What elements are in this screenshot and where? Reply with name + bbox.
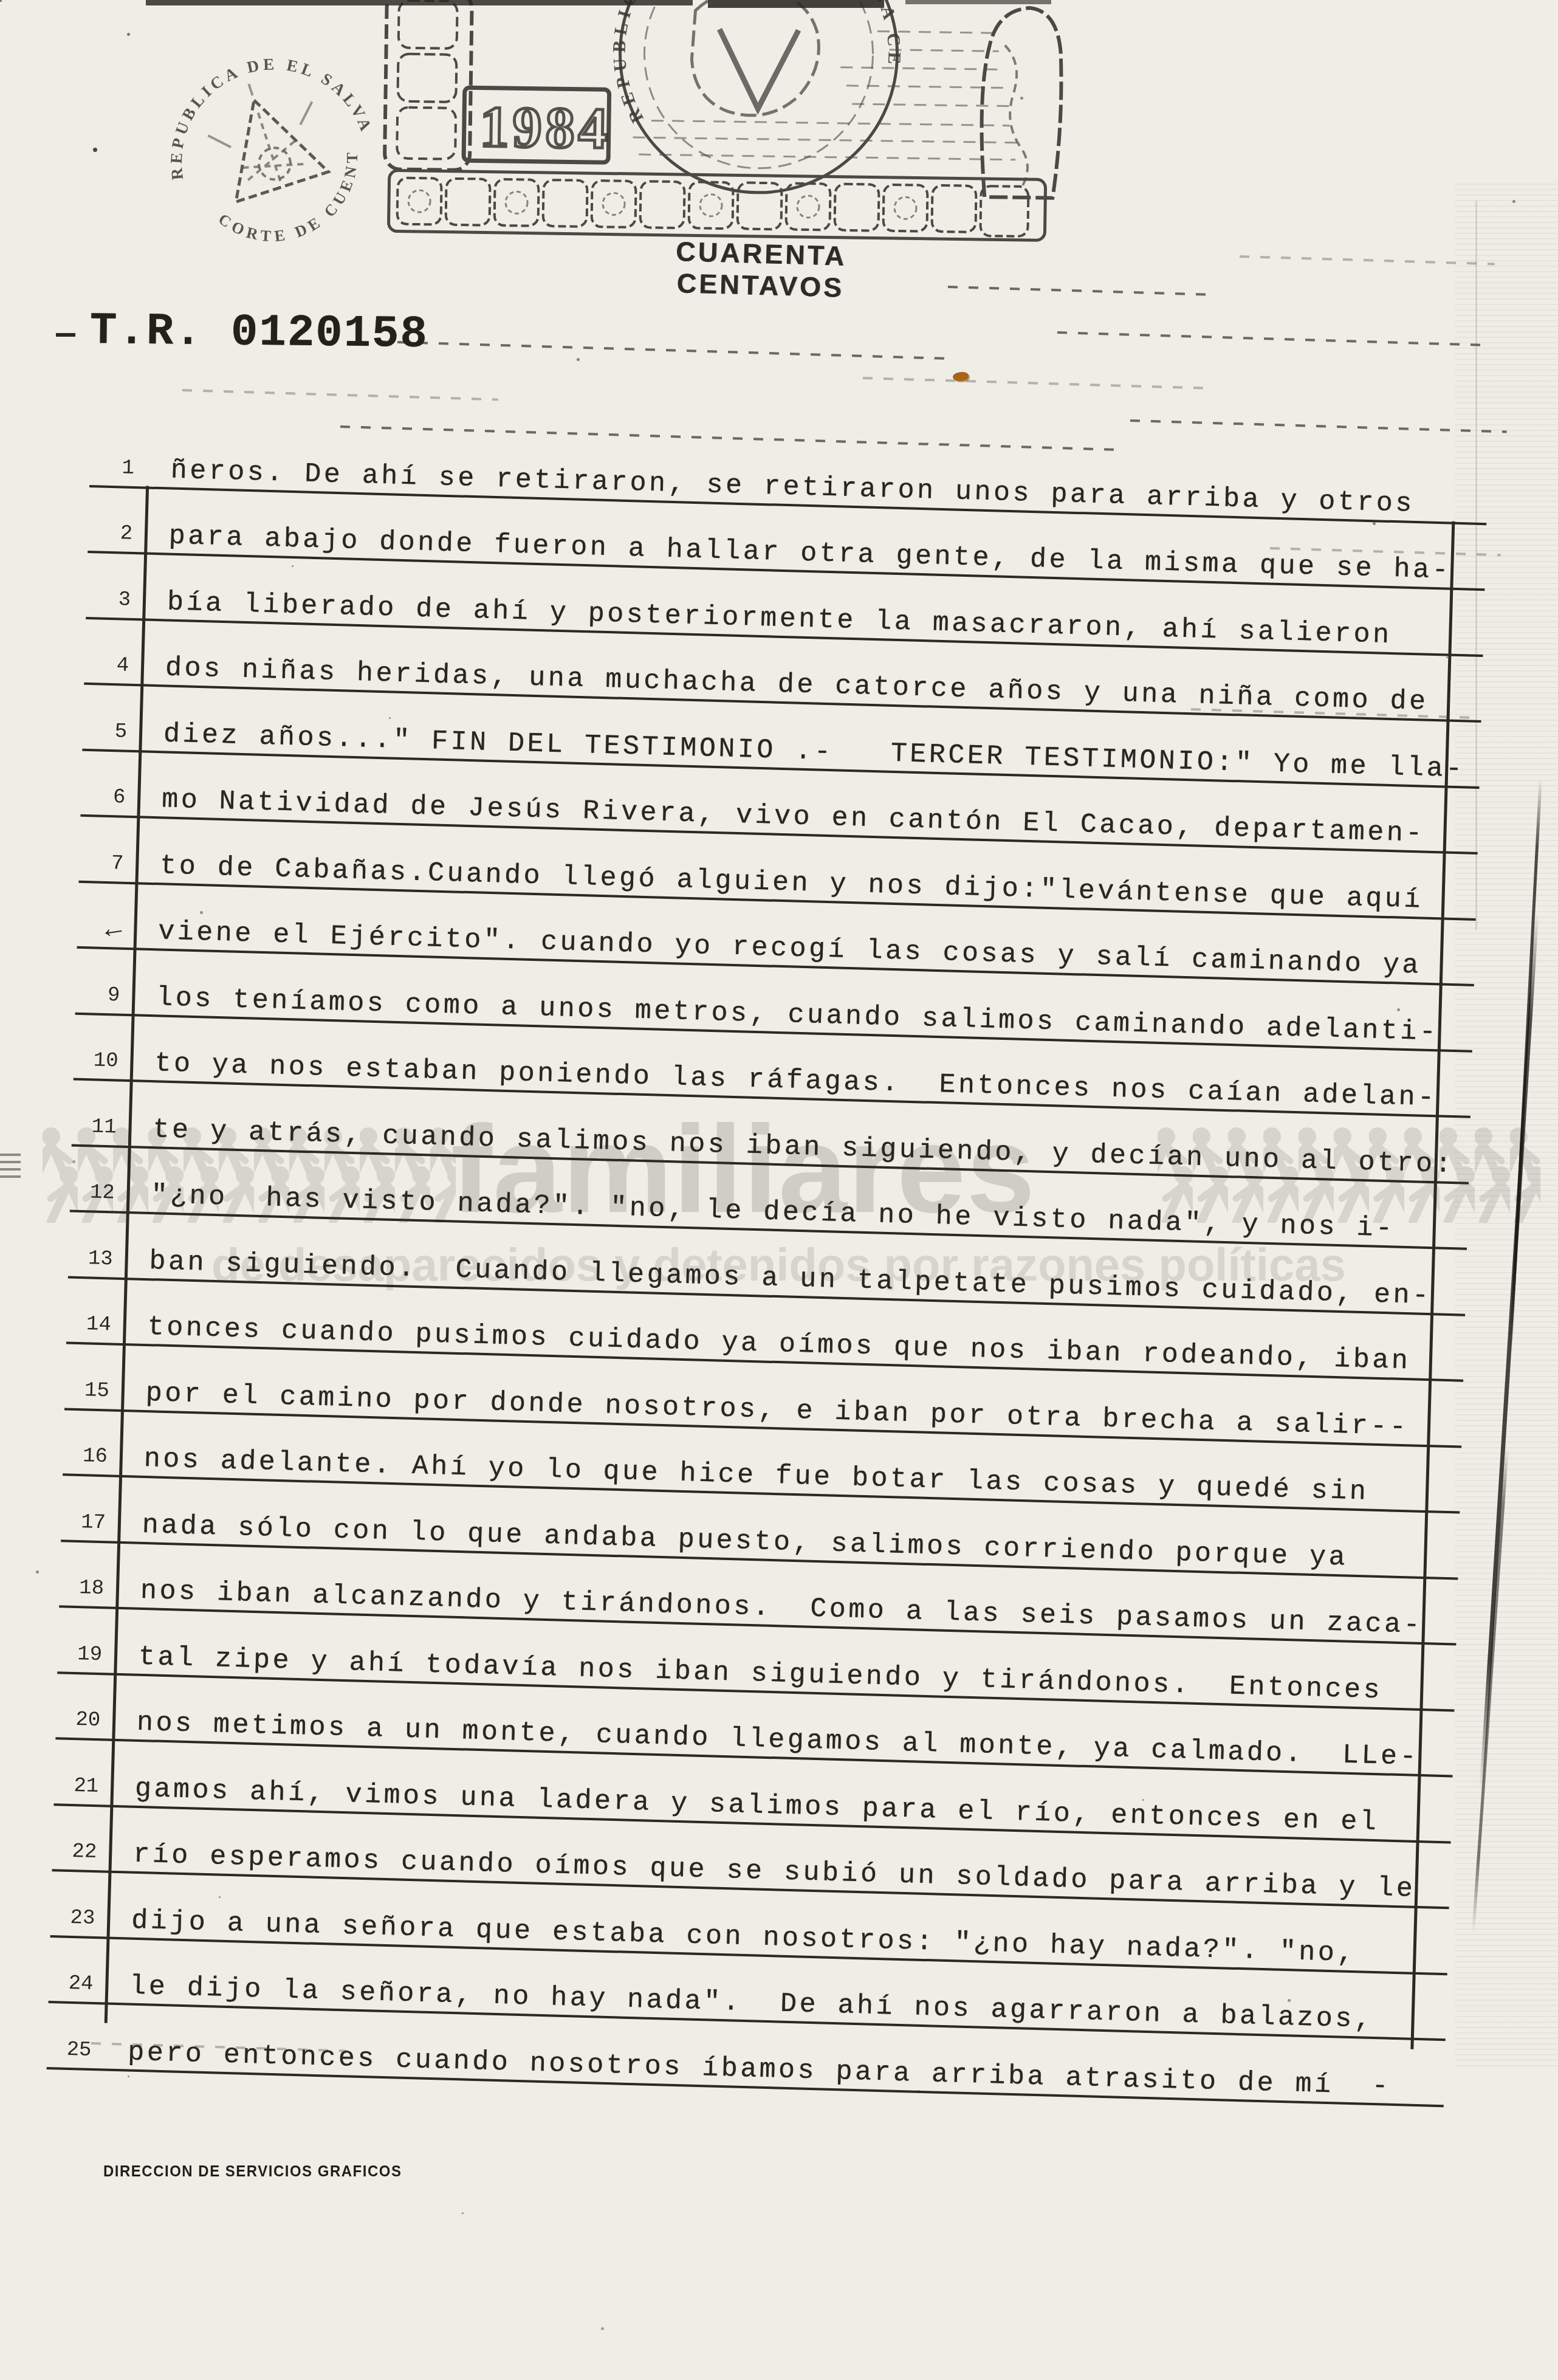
seal-arc-top-text: REPUBLICA DE EL SALVADOR <box>111 0 377 206</box>
reference-number: T.R. 0120158 <box>90 306 429 360</box>
line-number: 21 <box>53 1775 112 1805</box>
line-number: 12 <box>70 1182 128 1212</box>
line-number: 22 <box>52 1841 111 1871</box>
line-number: 24 <box>49 1973 107 2003</box>
line-number: 3 <box>86 588 144 618</box>
scan-streak <box>863 377 1203 390</box>
line-number: 17 <box>61 1512 119 1541</box>
line-number: 2 <box>88 523 146 552</box>
line-number: 14 <box>66 1313 125 1343</box>
scan-streak <box>182 389 498 401</box>
line-number: 16 <box>63 1445 121 1475</box>
line-number: 4 <box>84 655 142 684</box>
stamp-caption: CUARENTA CENTAVOS <box>614 234 908 305</box>
testimony-lines: 1ñeros. De ahí se retiraron, se retiraro… <box>47 421 1489 2107</box>
stamp-year: 1984 <box>479 94 611 160</box>
line-number: 19 <box>57 1643 115 1673</box>
line-marker-arrow: ← <box>75 912 137 951</box>
scan-streak <box>948 286 1209 296</box>
line-number: 25 <box>47 2039 105 2069</box>
line-number: 13 <box>68 1248 126 1278</box>
line-number: 10 <box>74 1050 132 1080</box>
scan-margin-marks <box>0 1154 21 1178</box>
line-text: pero entonces cuando nosotros íbamos par… <box>105 2038 1445 2105</box>
svg-text:REPUBLICA DE: REPUBLICA DE <box>608 0 682 126</box>
line-number: 11 <box>72 1116 130 1146</box>
stamp-oval-left-text: REPUBLICA DE <box>608 0 682 126</box>
line-number: 6 <box>80 786 139 816</box>
svg-text:REPUBLICA DE EL SALVADOR: REPUBLICA DE EL SALVADOR <box>111 0 377 206</box>
scan-streak <box>377 340 948 360</box>
scan-streak <box>1130 419 1507 433</box>
testimony-sheet: 1ñeros. De ahí se retiraron, se retiraro… <box>47 421 1489 2107</box>
scanned-testimony-page: familiares de desaparecidos y detenidos … <box>0 0 1558 2380</box>
footer-print: DIRECCION DE SERVICIOS GRAFICOS <box>103 2163 402 2181</box>
line-number: 9 <box>75 984 134 1014</box>
line-number: 5 <box>82 720 140 750</box>
line-number: 1 <box>89 456 148 486</box>
revenue-stamp-image: REPUBLICA DE AMERICA CENTRAL 1984 <box>376 0 1066 253</box>
line-number: 18 <box>59 1577 117 1607</box>
reference-dash-mark <box>56 333 75 337</box>
scan-speckles <box>0 0 2 2</box>
line-number: 15 <box>64 1380 123 1409</box>
line-number: 23 <box>50 1907 109 1937</box>
scan-streak <box>1057 331 1483 346</box>
line-number: 7 <box>79 852 137 882</box>
line-number: 20 <box>55 1709 114 1739</box>
